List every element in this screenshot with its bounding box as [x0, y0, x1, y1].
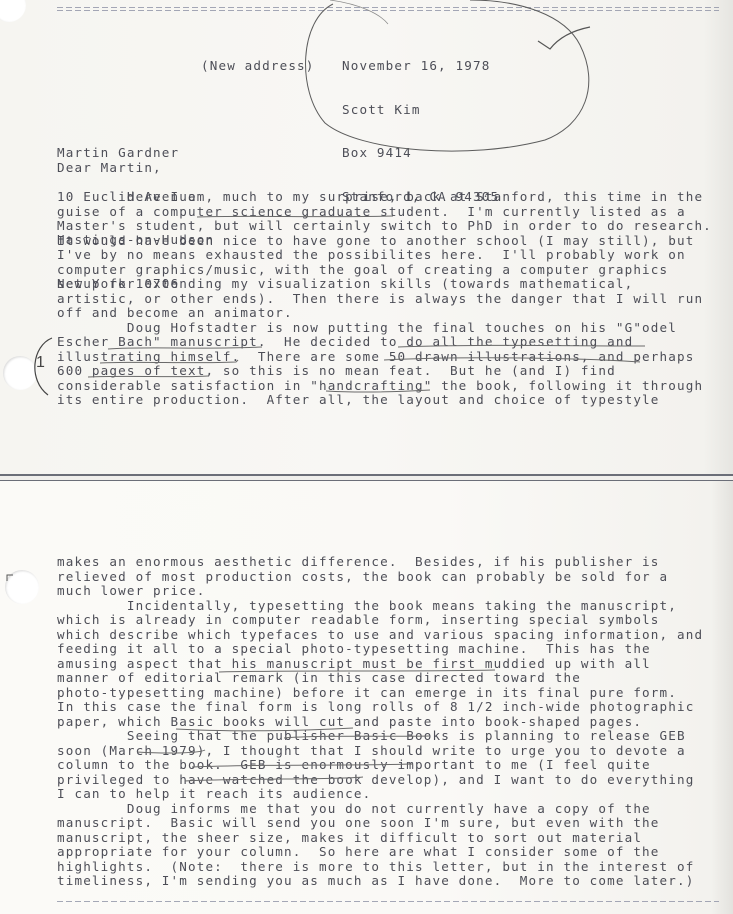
bottom-dashed-rule [57, 901, 719, 902]
body-line: 600 pages of text, so this is no mean fe… [57, 364, 712, 379]
salutation: Dear Martin, [57, 161, 162, 176]
body-line: off and become an animator. [57, 306, 712, 321]
body-line: makes an enormous aesthetic difference. … [57, 555, 703, 570]
body-line: which describe which typefaces to use an… [57, 628, 703, 643]
top-dashed-rule [57, 7, 719, 8]
body-line: It would have been nice to have gone to … [57, 234, 712, 249]
punch-hole [5, 570, 39, 604]
body-line: paper, which Basic books will cut and pa… [57, 715, 703, 730]
body-line: Here I am, much to my surprise, back at … [57, 190, 712, 205]
body-line: I can to help it reach its audience. [57, 787, 703, 802]
letter-page-1: November 16, 1978 Scott Kim Box 9414 Sta… [0, 0, 733, 474]
body-line: Escher Bach" manuscript. He decided to d… [57, 335, 712, 350]
body-line: Incidentally, typesetting the book means… [57, 599, 703, 614]
body-line: amusing aspect that his manuscript must … [57, 657, 703, 672]
body-line: artistic, or other ends). Then there is … [57, 292, 712, 307]
punch-hole [3, 356, 37, 390]
body-line: illustrating himself. There are some 50 … [57, 350, 712, 365]
body-line: Doug informs me that you do not currentl… [57, 802, 703, 817]
punch-hole [0, 0, 26, 22]
body-line: Doug Hofstadter is now putting the final… [57, 321, 712, 336]
body-line: guise of a computer science graduate stu… [57, 205, 712, 220]
body-line: timeliness, I'm sending you as much as I… [57, 874, 703, 889]
body-line: feeding it all to a special photo-typese… [57, 642, 703, 657]
body-line: In this case the final form is long roll… [57, 700, 703, 715]
sender-address-line1: Box 9414 [342, 146, 499, 161]
body-line: computer graphics/music, with the goal o… [57, 263, 712, 278]
margin-mark: 1 [36, 354, 45, 371]
sender-name: Scott Kim [342, 103, 499, 118]
letter-date: November 16, 1978 [342, 59, 499, 74]
body-line: manuscript, the sheer size, makes it dif… [57, 831, 703, 846]
body-line: which is already in computer readable fo… [57, 613, 703, 628]
letter-body-page-1: Here I am, much to my surprise, back at … [57, 190, 712, 408]
body-line: Master's student, but will certainly swi… [57, 219, 712, 234]
body-line: relieved of most production costs, the b… [57, 570, 703, 585]
letter-body-page-2: makes an enormous aesthetic difference. … [57, 555, 703, 889]
body-line: its entire production. After all, the la… [57, 393, 712, 408]
body-line: privileged to have watched the book deve… [57, 773, 703, 788]
page-divider [0, 474, 733, 476]
body-line: much lower price. [57, 584, 703, 599]
body-line: Seeing that the publisher Basic Books is… [57, 729, 703, 744]
body-line: soon (March 1979), I thought that I shou… [57, 744, 703, 759]
body-line: manner of editorial remark (in this case… [57, 671, 703, 686]
body-line: manuscript. Basic will send you one soon… [57, 816, 703, 831]
checkmark-icon [538, 27, 590, 49]
body-line: column to the book. GEB is enormously im… [57, 758, 703, 773]
recipient-line: Martin Gardner [57, 146, 214, 161]
body-line: I've by no means exhausted the possibili… [57, 248, 712, 263]
body-line: setup for extending my visualization ski… [57, 277, 712, 292]
body-line: highlights. (Note: there is more to this… [57, 860, 703, 875]
body-line: considerable satisfaction in "handcrafti… [57, 379, 712, 394]
body-line: appropriate for your column. So here are… [57, 845, 703, 860]
letter-page-2: makes an enormous aesthetic difference. … [0, 481, 733, 914]
body-line: photo-typesetting machine) before it can… [57, 686, 703, 701]
new-address-note: (New address) [201, 59, 315, 74]
